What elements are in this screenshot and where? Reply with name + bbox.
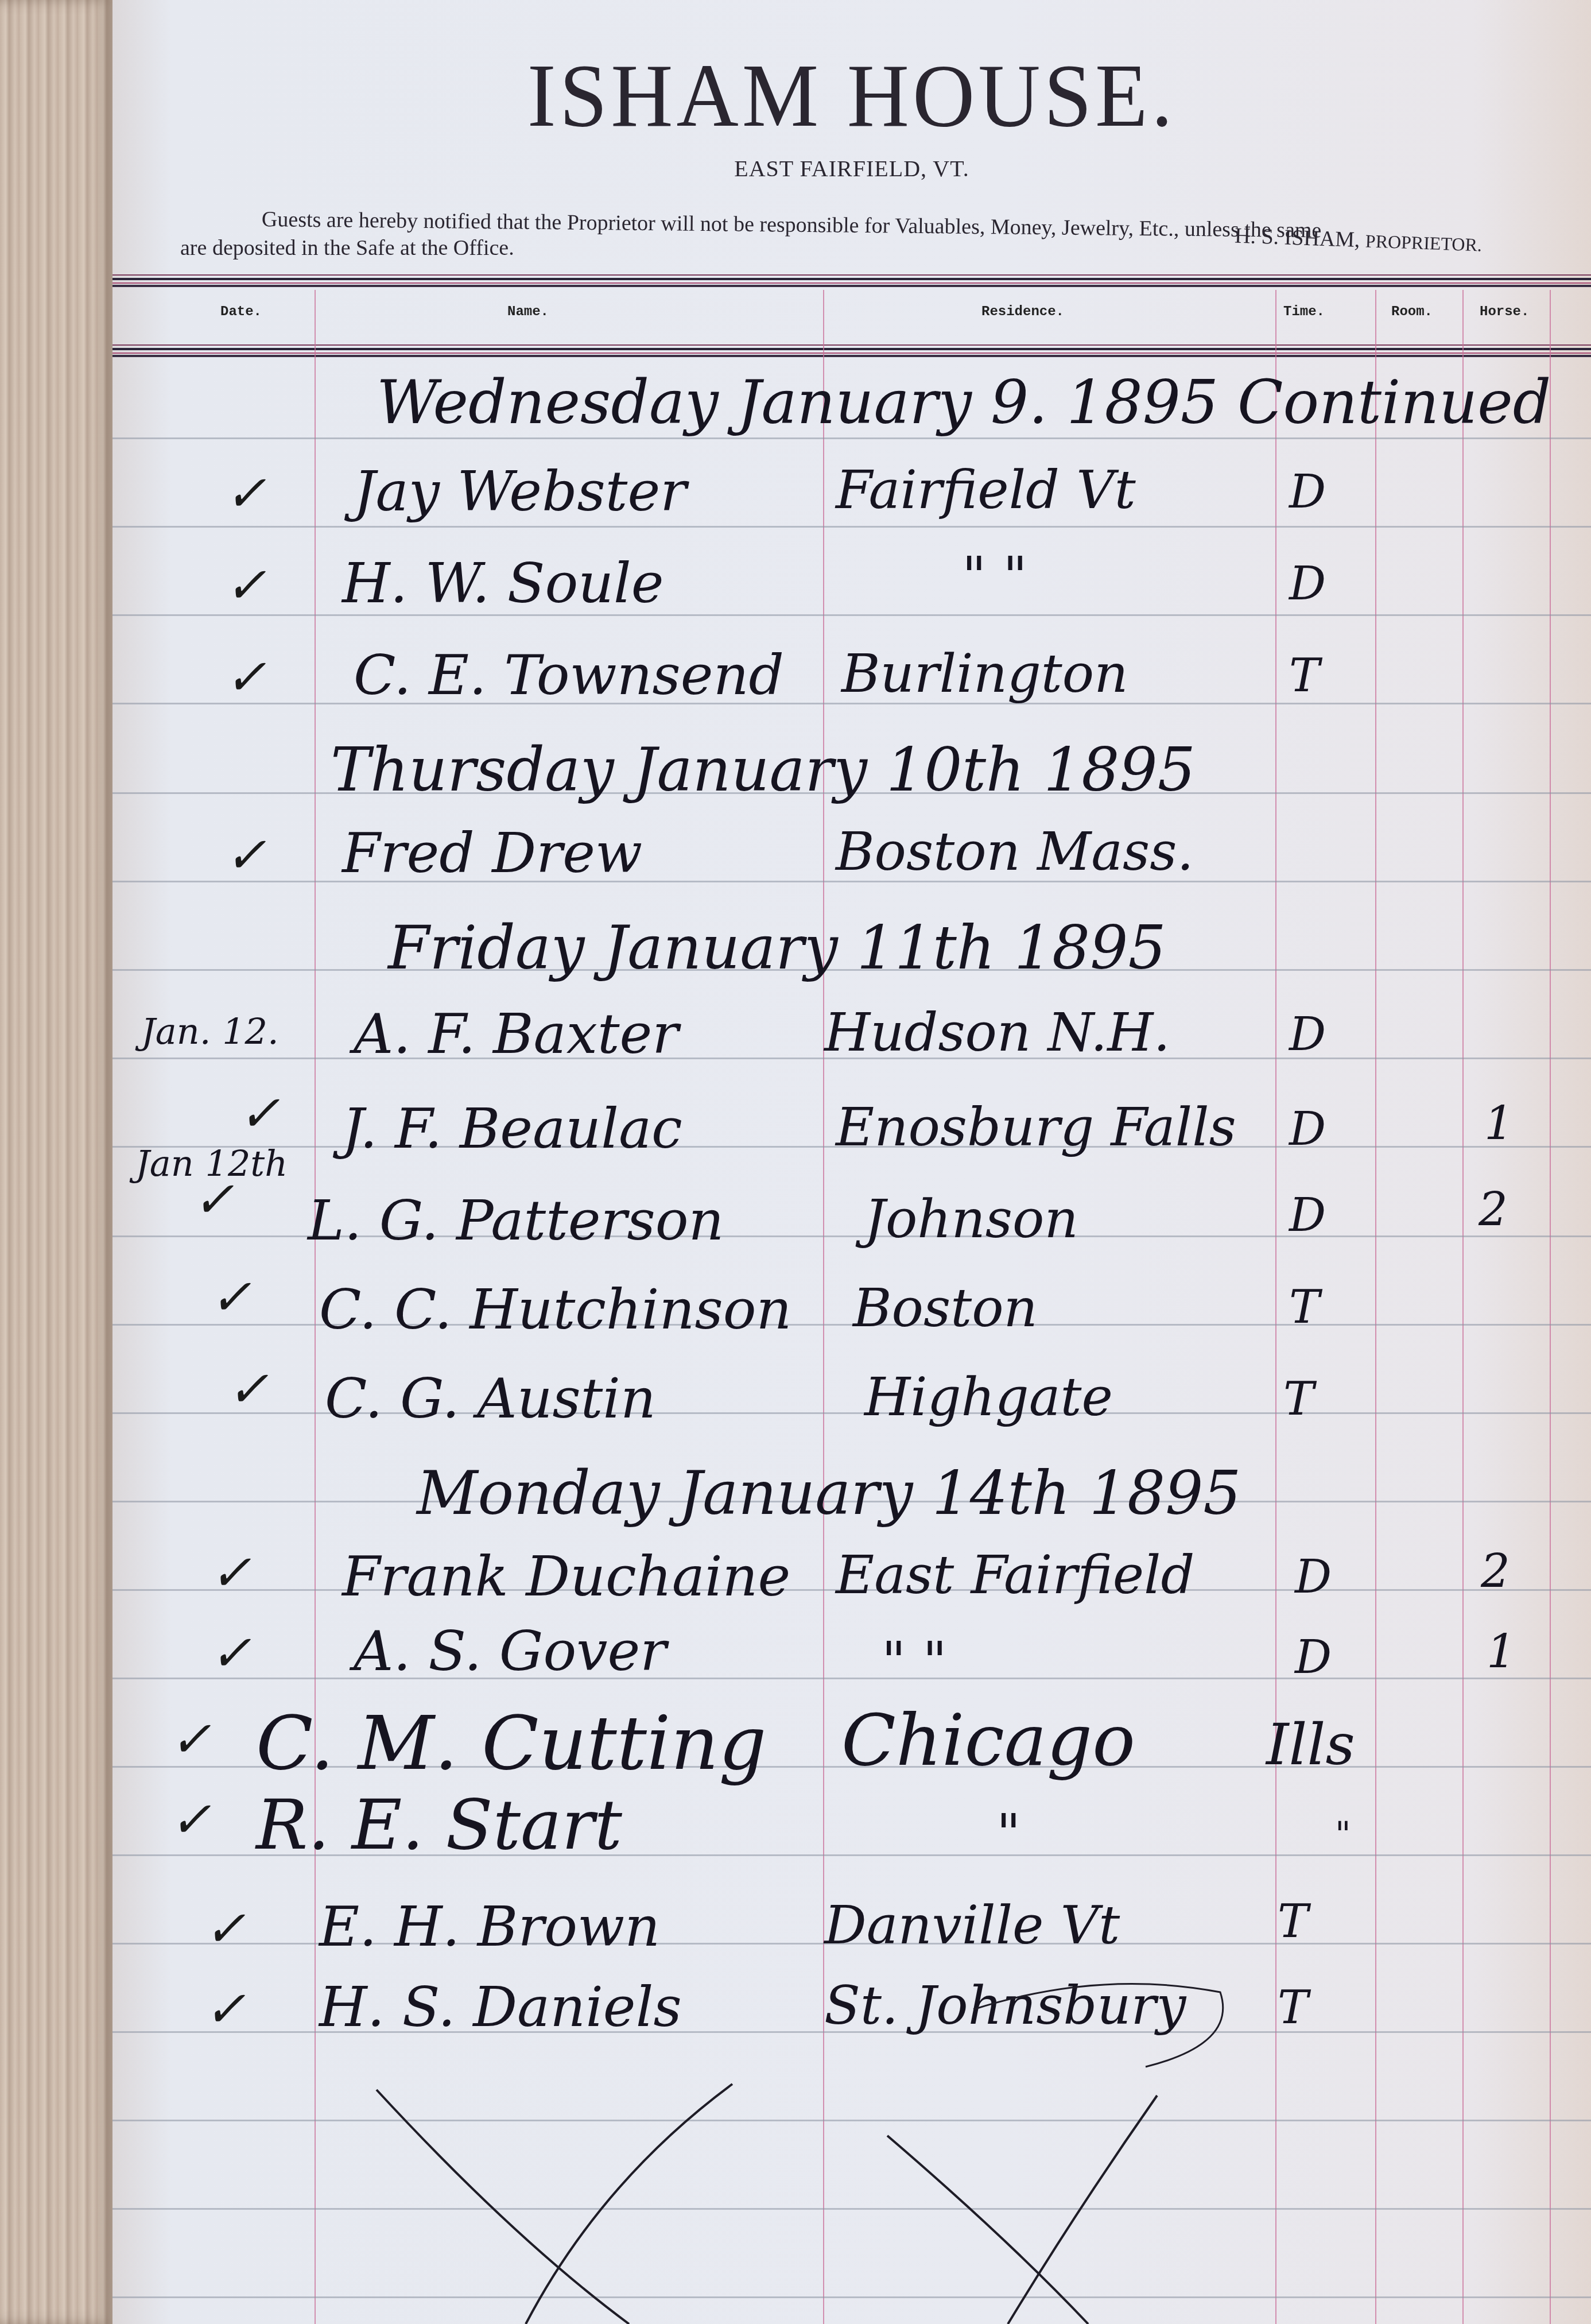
strike-x-marks [112, 0, 1591, 2324]
ledger-page: ISHAM HOUSE. EAST FAIRFIELD, VT. Guests … [112, 0, 1591, 2324]
book-spine-page-edges [0, 0, 115, 2324]
